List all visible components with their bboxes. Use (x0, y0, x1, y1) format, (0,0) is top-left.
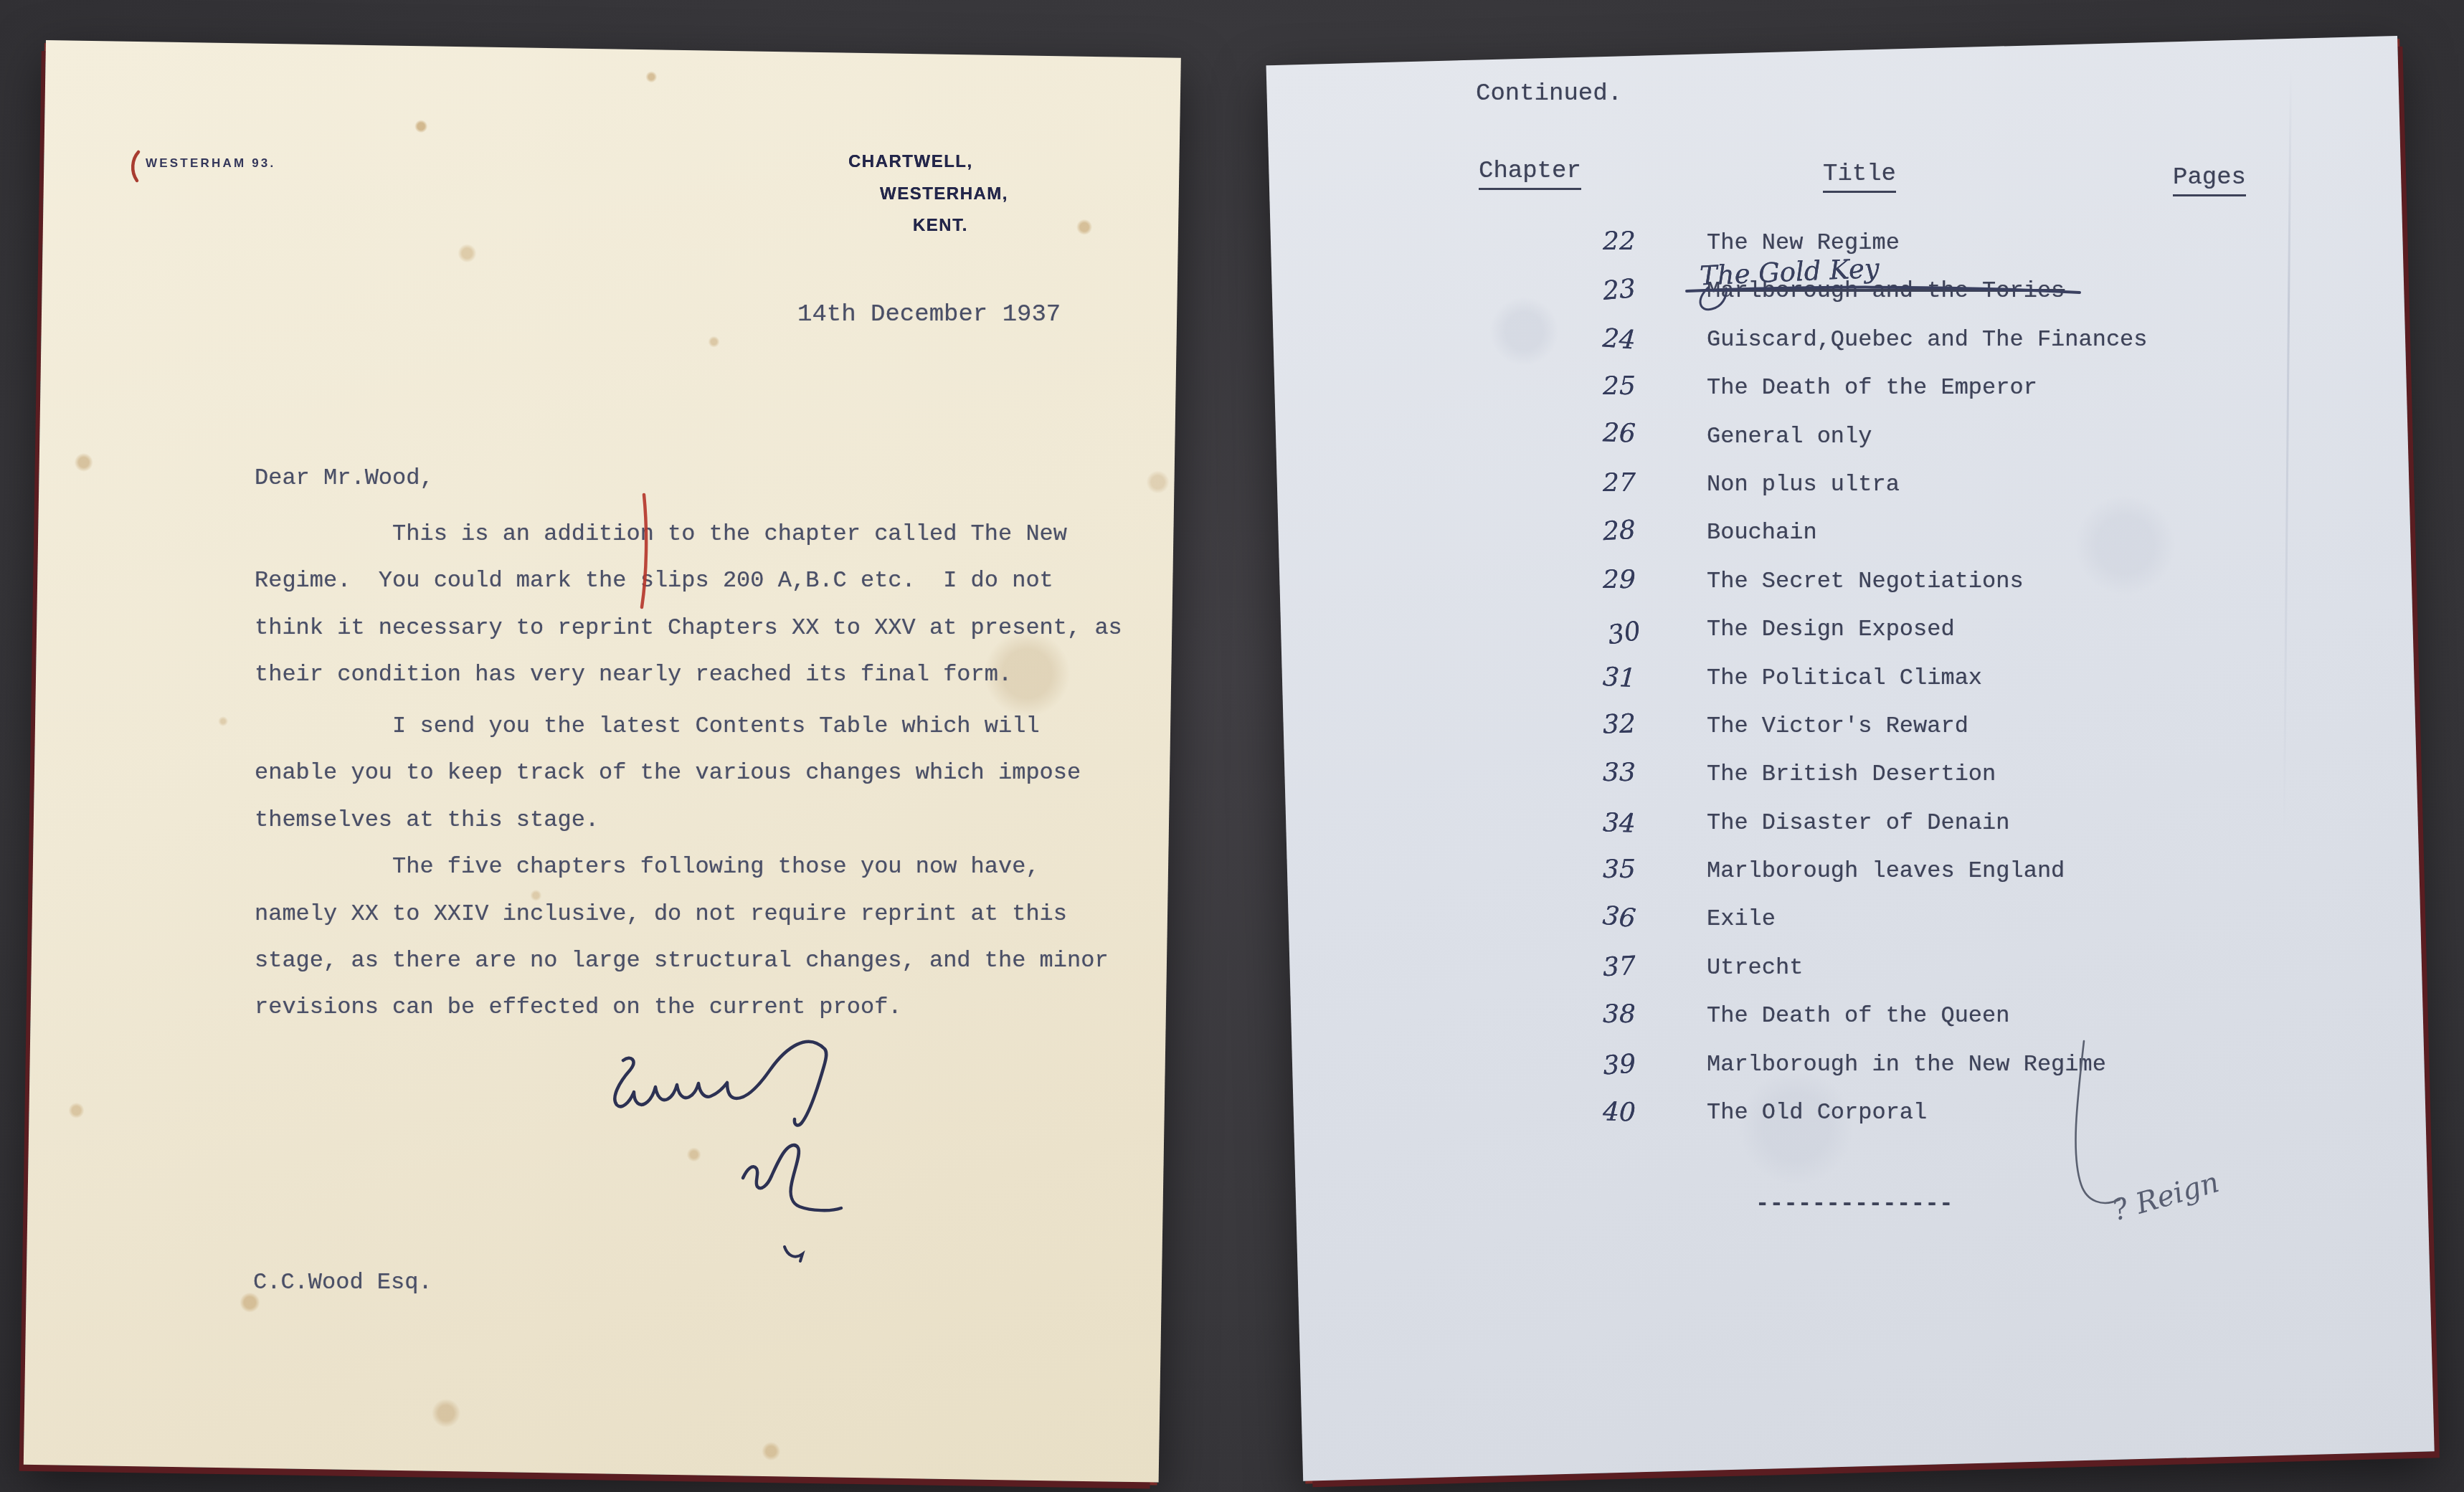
chapter-title: Guiscard,Quebec and The Finances (1707, 326, 2148, 353)
contents-row: 40The Old Corporal (1591, 1099, 2408, 1147)
typed-divider: -------------- (1755, 1190, 1953, 1217)
chapter-title: General only (1707, 423, 1872, 450)
chapter-number-handwritten: 39 (1590, 1048, 1649, 1081)
chapter-number-handwritten: 34 (1590, 807, 1648, 839)
chapter-number-handwritten: 40 (1590, 1097, 1648, 1128)
chapter-title: The British Desertion (1707, 761, 1996, 787)
chapter-title: Bouchain (1707, 519, 1817, 546)
contents-row: 39Marlborough in the New Regime (1591, 1051, 2408, 1099)
contents-row: 33The British Desertion (1591, 761, 2408, 809)
chapter-number-handwritten: 37 (1590, 951, 1649, 983)
chapter-number-handwritten: 26 (1590, 417, 1648, 449)
chapter-number-handwritten: 29 (1591, 565, 1648, 594)
contents-row: 35Marlborough leaves England (1591, 857, 2408, 906)
chapter-number-handwritten: 38 (1591, 999, 1648, 1029)
contents-row: 30The Design Exposed (1591, 616, 2408, 664)
contents-row: 24Guiscard,Quebec and The Finances (1591, 326, 2408, 374)
chapter-title: The Death of the Emperor (1707, 374, 2037, 401)
contents-row: 29The Secret Negotiations (1591, 568, 2408, 616)
chapter-number-handwritten: 23 (1589, 273, 1649, 308)
chapter-number-handwritten: 32 (1590, 709, 1648, 741)
chapter-title: Utrecht (1707, 954, 1803, 981)
chapter-title: Marlborough in the New Regime (1707, 1051, 2106, 1078)
chapter-title: The New Regime (1707, 229, 1900, 256)
chapter-title: The Secret Negotiations (1707, 568, 2024, 594)
chapter-number-handwritten: 30 (1593, 614, 1654, 652)
contents-row: 38The Death of the Queen (1591, 1002, 2408, 1050)
chapter-title: Non plus ultra (1707, 471, 1900, 498)
handwritten-annotation: ? Reign (2109, 1166, 2223, 1227)
contents-row: 31The Political Climax (1591, 665, 2408, 713)
contents-row: 37Utrecht (1591, 954, 2408, 1002)
chapter-title: Marlborough leaves England (1707, 857, 2065, 884)
column-header-pages: Pages (2173, 164, 2246, 196)
contents-row: 36Exile (1591, 906, 2408, 954)
contents-row: 25The Death of the Emperor (1591, 374, 2408, 422)
chapter-title: The Victor's Reward (1707, 713, 1968, 739)
chapter-number-handwritten: 25 (1591, 371, 1648, 401)
chapter-number-handwritten: 24 (1590, 323, 1649, 356)
column-header-title: Title (1823, 161, 1896, 193)
chapter-number-handwritten: 22 (1591, 227, 1648, 256)
chapter-number-handwritten: 28 (1590, 515, 1649, 547)
contents-row: 28Bouchain (1591, 519, 2408, 567)
column-header-chapter: Chapter (1479, 158, 1581, 190)
photo-scene: WESTERHAM 93. CHARTWELL, WESTERHAM, KENT… (0, 0, 2464, 1492)
chapter-title: The Design Exposed (1707, 616, 1955, 642)
contents-row: 23Marlborough and the ToriesThe Gold Key (1591, 277, 2408, 326)
contents-row: 34The Disaster of Denain (1591, 809, 2408, 857)
chapter-number-handwritten: 27 (1591, 468, 1648, 498)
contents-row: 27Non plus ultra (1591, 471, 2408, 519)
contents-content: Continued. Chapter Title Pages 22The New… (0, 0, 2464, 1492)
contents-row: 32The Victor's Reward (1591, 713, 2408, 761)
chapter-number-handwritten: 33 (1591, 758, 1648, 787)
chapter-number-handwritten: 35 (1591, 855, 1648, 884)
chapter-title: Exile (1707, 906, 1776, 932)
chapter-title: The Old Corporal (1707, 1099, 1927, 1126)
chapter-number-handwritten: 36 (1589, 900, 1649, 935)
contents-table: 22The New Regime23Marlborough and the To… (1591, 229, 2408, 1147)
chapter-title: The Disaster of Denain (1707, 809, 2009, 836)
chapter-title: The Death of the Queen (1707, 1002, 2009, 1029)
chapter-number-handwritten: 31 (1590, 661, 1649, 693)
chapter-title: The Political Climax (1707, 665, 1982, 691)
contents-row: 26General only (1591, 423, 2408, 471)
continued-label: Continued. (1476, 80, 1622, 108)
